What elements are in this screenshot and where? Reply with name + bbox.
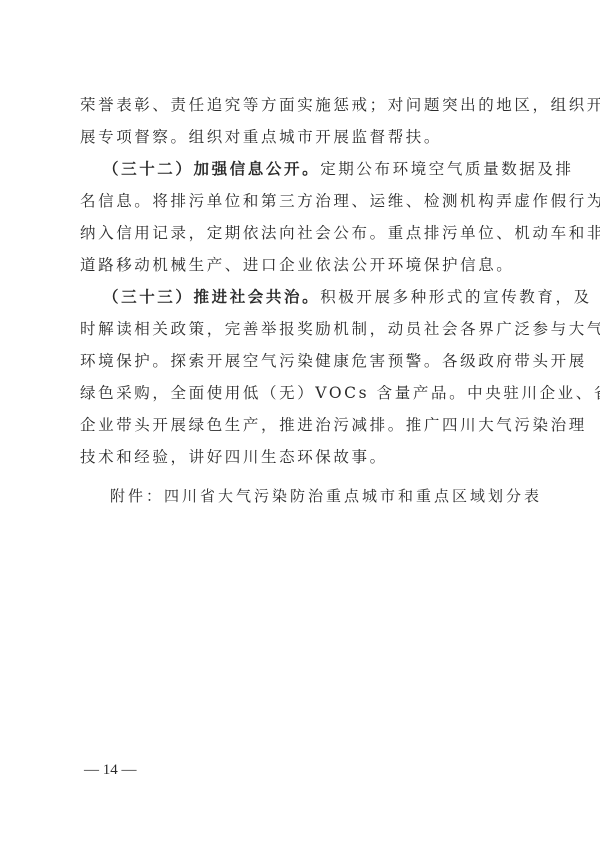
paragraph-line: 道路移动机械生产、进口企业依法公开环境保护信息。: [80, 255, 524, 275]
paragraph-line: 绿色采购，全面使用低（无）VOCs 含量产品。中央驻川企业、省属: [80, 383, 524, 403]
paragraph-line: 名信息。将排污单位和第三方治理、运维、检测机构弄虚作假行为: [80, 191, 524, 211]
paragraph-line: 荣誉表彰、责任追究等方面实施惩戒；对问题突出的地区，组织开: [80, 95, 524, 115]
attachment-note: 附件：四川省大气污染防治重点城市和重点区域划分表: [110, 485, 542, 506]
paragraph-line: 技术和经验，讲好四川生态环保故事。: [80, 447, 524, 467]
page-number: — 14 —: [84, 762, 137, 779]
paragraph-line: 企业带头开展绿色生产，推进治污减排。推广四川大气污染治理: [80, 415, 524, 435]
paragraph-line: 时解读相关政策，完善举报奖励机制，动员社会各界广泛参与大气: [80, 319, 524, 339]
section-33-text: 积极开展多种形式的宣传教育，及: [320, 288, 592, 306]
section-33-first-line: （三十三）推进社会共治。积极开展多种形式的宣传教育，及: [103, 287, 524, 307]
paragraph-line: 环境保护。探索开展空气污染健康危害预警。各级政府带头开展: [80, 351, 524, 371]
paragraph-line: 纳入信用记录，定期依法向社会公布。重点排污单位、机动车和非: [80, 223, 524, 243]
paragraph-line: 展专项督察。组织对重点城市开展监督帮扶。: [80, 127, 524, 147]
document-page: 荣誉表彰、责任追究等方面实施惩戒；对问题突出的地区，组织开 展专项督察。组织对重…: [0, 0, 600, 848]
section-32-heading: （三十二）加强信息公开。: [103, 159, 320, 178]
section-32-first-line: （三十二）加强信息公开。定期公布环境空气质量数据及排: [103, 159, 524, 179]
section-33-heading: （三十三）推进社会共治。: [103, 287, 320, 306]
section-32-text: 定期公布环境空气质量数据及排: [320, 160, 573, 178]
